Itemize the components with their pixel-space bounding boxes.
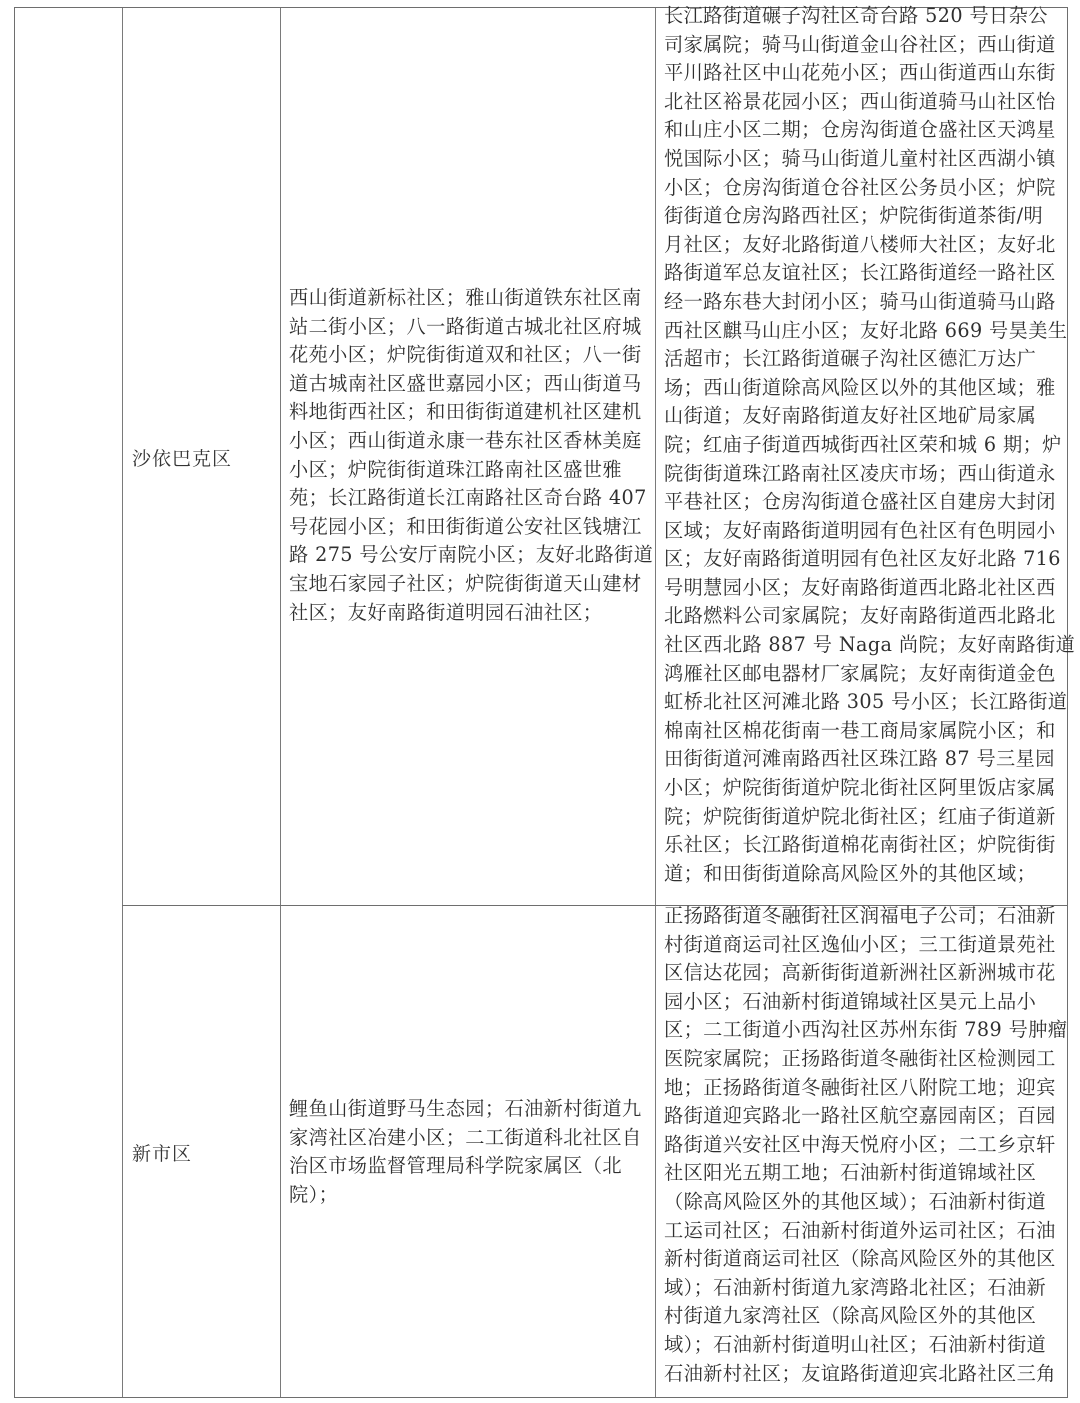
text-line: 域）；石油新村街道明山社区；石油新村街道	[664, 1331, 1063, 1360]
text-line: 社区西北路 887 号 Naga 尚院；友好南路街道	[664, 631, 1063, 660]
text-line: 鸿雁社区邮电器材厂家属院；友好南街道金色	[664, 660, 1063, 689]
merged-blank-cell	[15, 8, 122, 1397]
text-block: 长江路街道碾子沟社区奇台路 520 号日杂公 司家属院；骑马山街道金山谷社区；西…	[664, 2, 1063, 888]
text-line: 棉南社区棉花街南一巷工商局家属院小区；和	[664, 717, 1063, 746]
text-line: 正扬路街道冬融街社区润福电子公司；石油新	[664, 902, 1063, 931]
text-line: 路街道军总友谊社区；长江路街道经一路社区	[664, 259, 1063, 288]
text-line: 院；红庙子街道西城街西社区荣和城 6 期；炉	[664, 431, 1063, 460]
text-line: 园小区；石油新村街道锦域社区昊元上品小	[664, 988, 1063, 1017]
text-line: 站二街小区；八一路街道古城北社区府城	[289, 313, 651, 342]
text-line: 新村街道商运司社区（除高风险区外的其他区	[664, 1245, 1063, 1274]
text-line: 乐社区；长江路街道棉花南街社区；炉院街街	[664, 831, 1063, 860]
text-line: 石油新村社区；友谊路街道迎宾北路社区三角	[664, 1360, 1063, 1389]
text-line: 村街道九家湾社区（除高风险区外的其他区	[664, 1302, 1063, 1331]
text-line: 村街道商运司社区逸仙小区；三工街道景苑社	[664, 931, 1063, 960]
medium-risk-cell-xinshi: 鲤鱼山街道野马生态园；石油新村街道九 家湾社区冶建小区；二工街道科北社区自 治区…	[280, 905, 655, 1397]
text-line: 社区阳光五期工地；石油新村街道锦域社区	[664, 1159, 1063, 1188]
text-line: 地；正扬路街道冬融街社区八附院工地；迎宾	[664, 1074, 1063, 1103]
text-line: 田街街道河滩南路西社区珠江路 87 号三星园	[664, 745, 1063, 774]
text-line: 西社区麒马山庄小区；友好北路 669 号昊美生	[664, 317, 1063, 346]
text-line: 经一路东巷大封闭小区；骑马山街道骑马山路	[664, 288, 1063, 317]
text-line: 域）；石油新村街道九家湾路北社区；石油新	[664, 1274, 1063, 1303]
text-line: 花苑小区；炉院街街道双和社区；八一街	[289, 341, 651, 370]
text-line: 院）；	[289, 1181, 651, 1210]
text-line: 西山街道新标社区；雅山街道铁东社区南	[289, 284, 651, 313]
district-cell-shayibake: 沙依巴克区	[122, 8, 280, 905]
text-line: 场；西山街道除高风险区以外的其他区域；雅	[664, 374, 1063, 403]
text-line: 料地街西社区；和田街街道建机社区建机	[289, 398, 651, 427]
text-line: 小区；西山街道永康一巷东社区香林美庭	[289, 427, 651, 456]
district-cell-xinshi: 新市区	[122, 905, 280, 1397]
text-line: 活超市；长江路街道碾子沟社区德汇万达广	[664, 345, 1063, 374]
text-line: 北路燃料公司家属院；友好南路街道西北路北	[664, 602, 1063, 631]
text-line: 街街道仓房沟路西社区；炉院街街道茶街/明	[664, 202, 1063, 231]
text-line: 北社区裕景花园小区；西山街道骑马山社区怡	[664, 88, 1063, 117]
text-block: 西山街道新标社区；雅山街道铁东社区南 站二街小区；八一路街道古城北社区府城 花苑…	[289, 284, 651, 627]
text-line: 院；炉院街街道炉院北街社区；红庙子街道新	[664, 803, 1063, 832]
text-line: 路街道兴安社区中海天悦府小区；二工乡京轩	[664, 1131, 1063, 1160]
text-line: 和山庄小区二期；仓房沟街道仓盛社区天鸿星	[664, 116, 1063, 145]
text-line: 长江路街道碾子沟社区奇台路 520 号日杂公	[664, 2, 1063, 31]
text-line: 区域；友好南路街道明园有色社区有色明园小	[664, 517, 1063, 546]
risk-area-table: 沙依巴克区 西山街道新标社区；雅山街道铁东社区南 站二街小区；八一路街道古城北社…	[14, 7, 1068, 1398]
low-risk-cell-shayibake: 长江路街道碾子沟社区奇台路 520 号日杂公 司家属院；骑马山街道金山谷社区；西…	[655, 8, 1067, 905]
text-line: 工运司社区；石油新村街道外运司社区；石油	[664, 1217, 1063, 1246]
text-line: 苑；长江路街道长江南路社区奇台路 407	[289, 484, 651, 513]
text-line: 路街道迎宾路北一路社区航空嘉园南区；百园	[664, 1102, 1063, 1131]
text-line: 山街道；友好南路街道友好社区地矿局家属	[664, 402, 1063, 431]
text-line: 虹桥北社区河滩北路 305 号小区；长江路街道	[664, 688, 1063, 717]
text-line: 院街街道珠江路南社区凌庆市场；西山街道永	[664, 460, 1063, 489]
text-line: 社区；友好南路街道明园石油社区；	[289, 599, 651, 628]
text-block: 鲤鱼山街道野马生态园；石油新村街道九 家湾社区冶建小区；二工街道科北社区自 治区…	[289, 1095, 651, 1209]
text-block: 正扬路街道冬融街社区润福电子公司；石油新 村街道商运司社区逸仙小区；三工街道景苑…	[664, 902, 1063, 1388]
text-line: 宝地石家园子社区；炉院街街道天山建材	[289, 570, 651, 599]
text-line: 平巷社区；仓房沟街道仓盛社区自建房大封闭	[664, 488, 1063, 517]
text-line: 小区；炉院街街道炉院北街社区阿里饭店家属	[664, 774, 1063, 803]
medium-risk-cell-shayibake: 西山街道新标社区；雅山街道铁东社区南 站二街小区；八一路街道古城北社区府城 花苑…	[280, 8, 655, 905]
text-line: 医院家属院；正扬路街道冬融街社区检测园工	[664, 1045, 1063, 1074]
text-line: 小区；仓房沟街道仓谷社区公务员小区；炉院	[664, 174, 1063, 203]
district-name: 沙依巴克区	[132, 444, 232, 471]
low-risk-cell-xinshi: 正扬路街道冬融街社区润福电子公司；石油新 村街道商运司社区逸仙小区；三工街道景苑…	[655, 905, 1067, 1397]
text-line: 家湾社区冶建小区；二工街道科北社区自	[289, 1124, 651, 1153]
text-line: （除高风险区外的其他区域）；石油新村街道	[664, 1188, 1063, 1217]
text-line: 区信达花园；高新街街道新洲社区新洲城市花	[664, 959, 1063, 988]
district-name: 新市区	[132, 1139, 192, 1166]
text-line: 号花园小区；和田街街道公安社区钱塘江	[289, 513, 651, 542]
text-line: 鲤鱼山街道野马生态园；石油新村街道九	[289, 1095, 651, 1124]
text-line: 小区；炉院街街道珠江路南社区盛世雅	[289, 456, 651, 485]
text-line: 司家属院；骑马山街道金山谷社区；西山街道	[664, 31, 1063, 60]
text-line: 平川路社区中山花苑小区；西山街道西山东街	[664, 59, 1063, 88]
text-line: 道；和田街街道除高风险区外的其他区域；	[664, 860, 1063, 889]
text-line: 治区市场监督管理局科学院家属区（北	[289, 1152, 651, 1181]
text-line: 区；二工街道小西沟社区苏州东街 789 号肿瘤	[664, 1016, 1063, 1045]
text-line: 路 275 号公安厅南院小区；友好北路街道	[289, 541, 651, 570]
text-line: 悦国际小区；骑马山街道儿童村社区西湖小镇	[664, 145, 1063, 174]
text-line: 月社区；友好北路街道八楼师大社区；友好北	[664, 231, 1063, 260]
text-line: 道古城南社区盛世嘉园小区；西山街道马	[289, 370, 651, 399]
text-line: 区；友好南路街道明园有色社区友好北路 716	[664, 545, 1063, 574]
text-line: 号明慧园小区；友好南路街道西北路北社区西	[664, 574, 1063, 603]
